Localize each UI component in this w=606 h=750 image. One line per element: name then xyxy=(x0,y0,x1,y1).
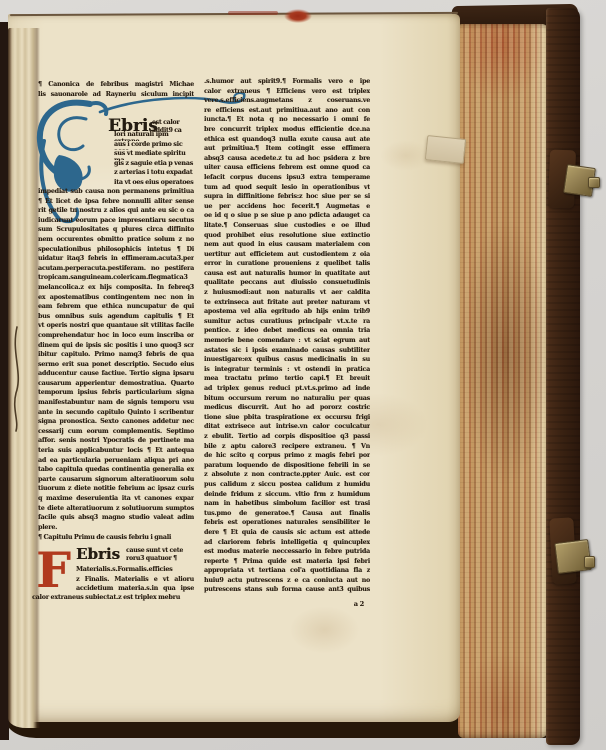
text-line: absq3 causa acedete.z tu ad hoc psidera … xyxy=(204,155,370,165)
text-line: ad ea particularia perueniam aliqua pri … xyxy=(38,457,194,467)
text-line: paratum loquendo de dispositione febrili… xyxy=(204,462,370,472)
text-line: ad clariorem febris intelligetia q quinc… xyxy=(204,539,370,549)
chapter-dropcap-word: Ebris xyxy=(76,545,120,563)
bookmark-thread-icon xyxy=(8,325,26,433)
text-line: manifestabuntur nam de signis temporu vs… xyxy=(38,399,194,409)
text-line: sus vt mediate spiritu ma xyxy=(114,150,194,160)
text-line: bre concurrit triplex modus efficientie … xyxy=(204,126,370,136)
text-line: speculationibus philosophicis intetus ¶ … xyxy=(38,246,194,256)
text-line: mea tractatu primo tertio capi.¶ Et breu… xyxy=(204,375,370,385)
text-line: plere. xyxy=(38,524,194,534)
incipit-heading: ¶ Canonica de febribus magistri Michaeli… xyxy=(38,81,194,101)
red-stain-icon xyxy=(284,9,312,23)
text-line: calor extraneus ¶ Efficiens vero est tri… xyxy=(204,88,370,98)
text-line: comprehendatur hoc in loco eum inscriba … xyxy=(38,332,194,342)
text-line: z absolute z non contracte.ppter Auic. e… xyxy=(204,471,370,481)
text-line: ibitur capitulo. Primo namq3 febris de q… xyxy=(38,351,194,361)
text-line: temporum ipsius febris particularium sig… xyxy=(38,389,194,399)
text-line: apostema vel alia egritudo ab hijs enim … xyxy=(204,308,370,318)
text-line: parte causarum signorum alteratiuorum so… xyxy=(38,476,194,486)
text-line: impediat sub causa non permanens primiti… xyxy=(38,188,194,198)
text-line: teria suis applicabuntur locis ¶ Et ante… xyxy=(38,447,194,457)
text-line: astates sic i ipsis examinado causas sub… xyxy=(204,347,370,357)
text-line: ue per accidens hoc fecerit.¶ Augmetas e xyxy=(204,203,370,213)
text-line: melancolica.z ex hijs composita. In febr… xyxy=(38,284,194,294)
text-line: est calor xyxy=(152,119,196,127)
text-line: bitum occursum rerum no naturaliu per qu… xyxy=(204,395,370,405)
text-line: tabo capitula quedas continentia general… xyxy=(38,466,194,476)
left-column-body: impediat sub causa non permanens primiti… xyxy=(38,188,194,533)
text-line: rit getile tn nostru z alios qui ante eu… xyxy=(38,207,194,217)
text-line: nam in habetibus simbolum facilior est t… xyxy=(204,500,370,510)
text-line: quod prohibet eius resolutione siue exti… xyxy=(204,232,370,242)
text-line: facile quis absq3 magno studio valeat ad… xyxy=(38,514,194,524)
text-line: iudicarunt eorum pace impresentiaru secu… xyxy=(38,217,194,227)
text-line: pus calidum z siccu postea calidum z hum… xyxy=(204,481,370,491)
rubricated-initial-red: F xyxy=(36,541,74,601)
text-line: z arterias i totu expadat xyxy=(114,169,194,179)
text-line: nem aut quod in eius causam materialem c… xyxy=(204,241,370,251)
text-line: z Finalis. Materialis e vt alioru xyxy=(76,576,194,586)
text-line: ita vt oes eius operatoes xyxy=(114,179,194,189)
text-line: oe id q o siue p se siue p ano pdicta ad… xyxy=(204,212,370,222)
chapter-side-lines: cause sunt vt ceteroru3 quatuor ¶ xyxy=(126,547,194,563)
text-line: is integratur terminis : vt ostendi in p… xyxy=(204,366,370,376)
text-line: dinem qui de ipsis sic positis i uno quo… xyxy=(38,342,194,352)
text-line: roru3 quatuor ¶ xyxy=(126,555,194,563)
text-line: affor. senis nostri Ypocratis de pertine… xyxy=(38,437,194,447)
text-line: re efficiens est.aut primitiua.aut ano a… xyxy=(204,107,370,117)
clasp-bottom-tongue xyxy=(584,556,595,568)
text-line: sumitur actus curatiuus principalr vt.x.… xyxy=(204,318,370,328)
red-stain-streak-icon xyxy=(228,11,278,15)
text-line: ad triplex genus reduci pt.vt.s.primo ad… xyxy=(204,385,370,395)
text-line: lefacit corpus ducens ipsu3 extra temper… xyxy=(204,174,370,184)
text-line: te extrinseca aut fritate aut preter nat… xyxy=(204,299,370,309)
text-line: qualitate peccans aut diuissio consuetud… xyxy=(204,279,370,289)
text-line: uertitur aut efficietem aut custodientem… xyxy=(204,251,370,261)
text-line: uiter causa efficiens febrem est omne qu… xyxy=(204,164,370,174)
text-line: causarum apperientur demostratiua. Quart… xyxy=(38,380,194,390)
text-line: ex apostematibus contingentem nec non in xyxy=(38,294,194,304)
text-line: pentice. z ideo debet medicus ea omnia t… xyxy=(204,327,370,337)
text-line: ethica est quandoq3 nulla exute causa au… xyxy=(204,136,370,146)
text-line: febris est operationes naturales sensibi… xyxy=(204,519,370,529)
text-line: cause sunt vt cete xyxy=(126,547,194,555)
text-line: ditat extrisece aut intrise.vn calor coc… xyxy=(204,423,370,433)
text-line: de hic scito q corpus primo z magis febr… xyxy=(204,452,370,462)
text-line: tropicam.sanguineam.colericam.flegmatica… xyxy=(38,274,194,284)
text-line: uidatur itaq3 febris in effimeram.acuta3… xyxy=(38,255,194,265)
text-line: ante in secundo capitulo Quinto i scribe… xyxy=(38,409,194,419)
text-line: aus i corde primo sic acce xyxy=(114,141,194,151)
text-line: vere.s.efficiens.augmetans z coseruans.v… xyxy=(204,97,370,107)
text-line: tiuorum z diete notitie febrium ac ipsaz… xyxy=(38,485,194,495)
book-photograph: ¶ Canonica de febribus magistri Michaeli… xyxy=(0,0,606,750)
text-line: eam febrem que ethica nuncupatur de qui xyxy=(38,303,194,313)
right-cover-board xyxy=(546,8,580,745)
text-line: inuestigare:ex quibus casus medicinalis … xyxy=(204,356,370,366)
text-line: bus omnibus suis agendum capitulis ¶ Et xyxy=(38,313,194,323)
text-line: causa est aut naturalis humor in quatita… xyxy=(204,270,370,280)
text-line: vt operis nostri que quantaue sit vtilit… xyxy=(38,322,194,332)
text-line: adducentur cause factiue. Tertio signa i… xyxy=(38,370,194,380)
text-line: error in curatione proueniens z quelibet… xyxy=(204,260,370,270)
text-line: supra in diffinitione febris:z hoc siue … xyxy=(204,193,370,203)
left-column-indent-lines: lori naturali ipm extraneaus i corde pri… xyxy=(114,131,194,188)
text-line: est modus materie neccessario in febre p… xyxy=(204,548,370,558)
text-line: tione siue pbita traspiratione ex occurs… xyxy=(204,414,370,424)
text-line: acutam.perperacuta.pestiferam. no pestif… xyxy=(38,265,194,275)
text-line: lori naturali ipm extrane xyxy=(114,131,194,141)
text-line: appropriata vt tertiana col'a quottidian… xyxy=(204,567,370,577)
fore-edge-text-block xyxy=(458,24,548,738)
text-line: z huiusmodi:aut non naturalis vt aer cal… xyxy=(204,289,370,299)
text-line: ¶ Canonica de febribus magistri Michae xyxy=(38,81,194,91)
text-line: ¶ Et licet de ipsa febre nonnulli aliter… xyxy=(38,198,194,208)
text-line: reperte ¶ Prima quide est materia ipsi f… xyxy=(204,558,370,568)
chapter-last-line: calor extraneus subiectat.z est triplex … xyxy=(32,594,194,604)
text-line: medicus discurrit. Aut ho ad pororz cost… xyxy=(204,404,370,414)
text-line: tus.pmo de generatoe.¶ Causa aut finalis xyxy=(204,510,370,520)
text-line: cessarij cum eorum complementis. Septimo xyxy=(38,428,194,438)
text-line: memorie bene comendare : vt sciat egrum … xyxy=(204,337,370,347)
text-line: sermo erit sua ponet descriptio. Secudo … xyxy=(38,361,194,371)
right-column-body: .s.humor aut spirit9.¶ Formalis vero e i… xyxy=(204,78,370,596)
text-line: bile z aptu calore3 recipere extraneu. ¶… xyxy=(204,443,370,453)
text-line: tum ad quod sequit lesio in operationibu… xyxy=(204,184,370,194)
text-line: Materialis.s.Formalis.efficies xyxy=(76,566,194,576)
text-line: lis sauonarole ad Rayneriu siculum incip… xyxy=(38,91,194,101)
signature-mark: a 2 xyxy=(204,600,370,608)
parchment-index-tab xyxy=(425,135,466,164)
text-line: iuncta.¶ Et nota q no necessario i omni … xyxy=(204,116,370,126)
text-line: huiu9 actu putrescens z e ca coniucta au… xyxy=(204,577,370,587)
text-line: aut primitiua.¶ Item cotingit esse effim… xyxy=(204,145,370,155)
text-line: nem occurentes obmitto pratice solum z n… xyxy=(38,236,194,246)
text-line: deinde fridum z siccum. vltio frm z humi… xyxy=(204,491,370,501)
chapter-indent-lines: Materialis.s.Formalis.efficiesz Finalis.… xyxy=(76,566,194,595)
text-line: q maxime deseruientia ita vt canones exp… xyxy=(38,495,194,505)
text-line: putrescens stans sub forma cause ant3 qu… xyxy=(204,586,370,596)
text-line: sum Scrupulositates q plures circa diffi… xyxy=(38,226,194,236)
text-line: .s.humor aut spirit9.¶ Formalis vero e i… xyxy=(204,78,370,88)
text-line: signa pronostica. Sexto canones addetur … xyxy=(38,418,194,428)
text-line: gis z saguie etia p venas xyxy=(114,160,194,170)
text-line: z ebulit. Tertio ad corpis dispositioe q… xyxy=(204,433,370,443)
clasp-top-tongue xyxy=(588,177,600,188)
text-line: dere ¶ Et quia de causis sic actum est a… xyxy=(204,529,370,539)
text-line: litate.¶ Conseruas siue custodies e oe i… xyxy=(204,222,370,232)
text-line: te diete alteratiuorum z solutiuorum sum… xyxy=(38,505,194,515)
